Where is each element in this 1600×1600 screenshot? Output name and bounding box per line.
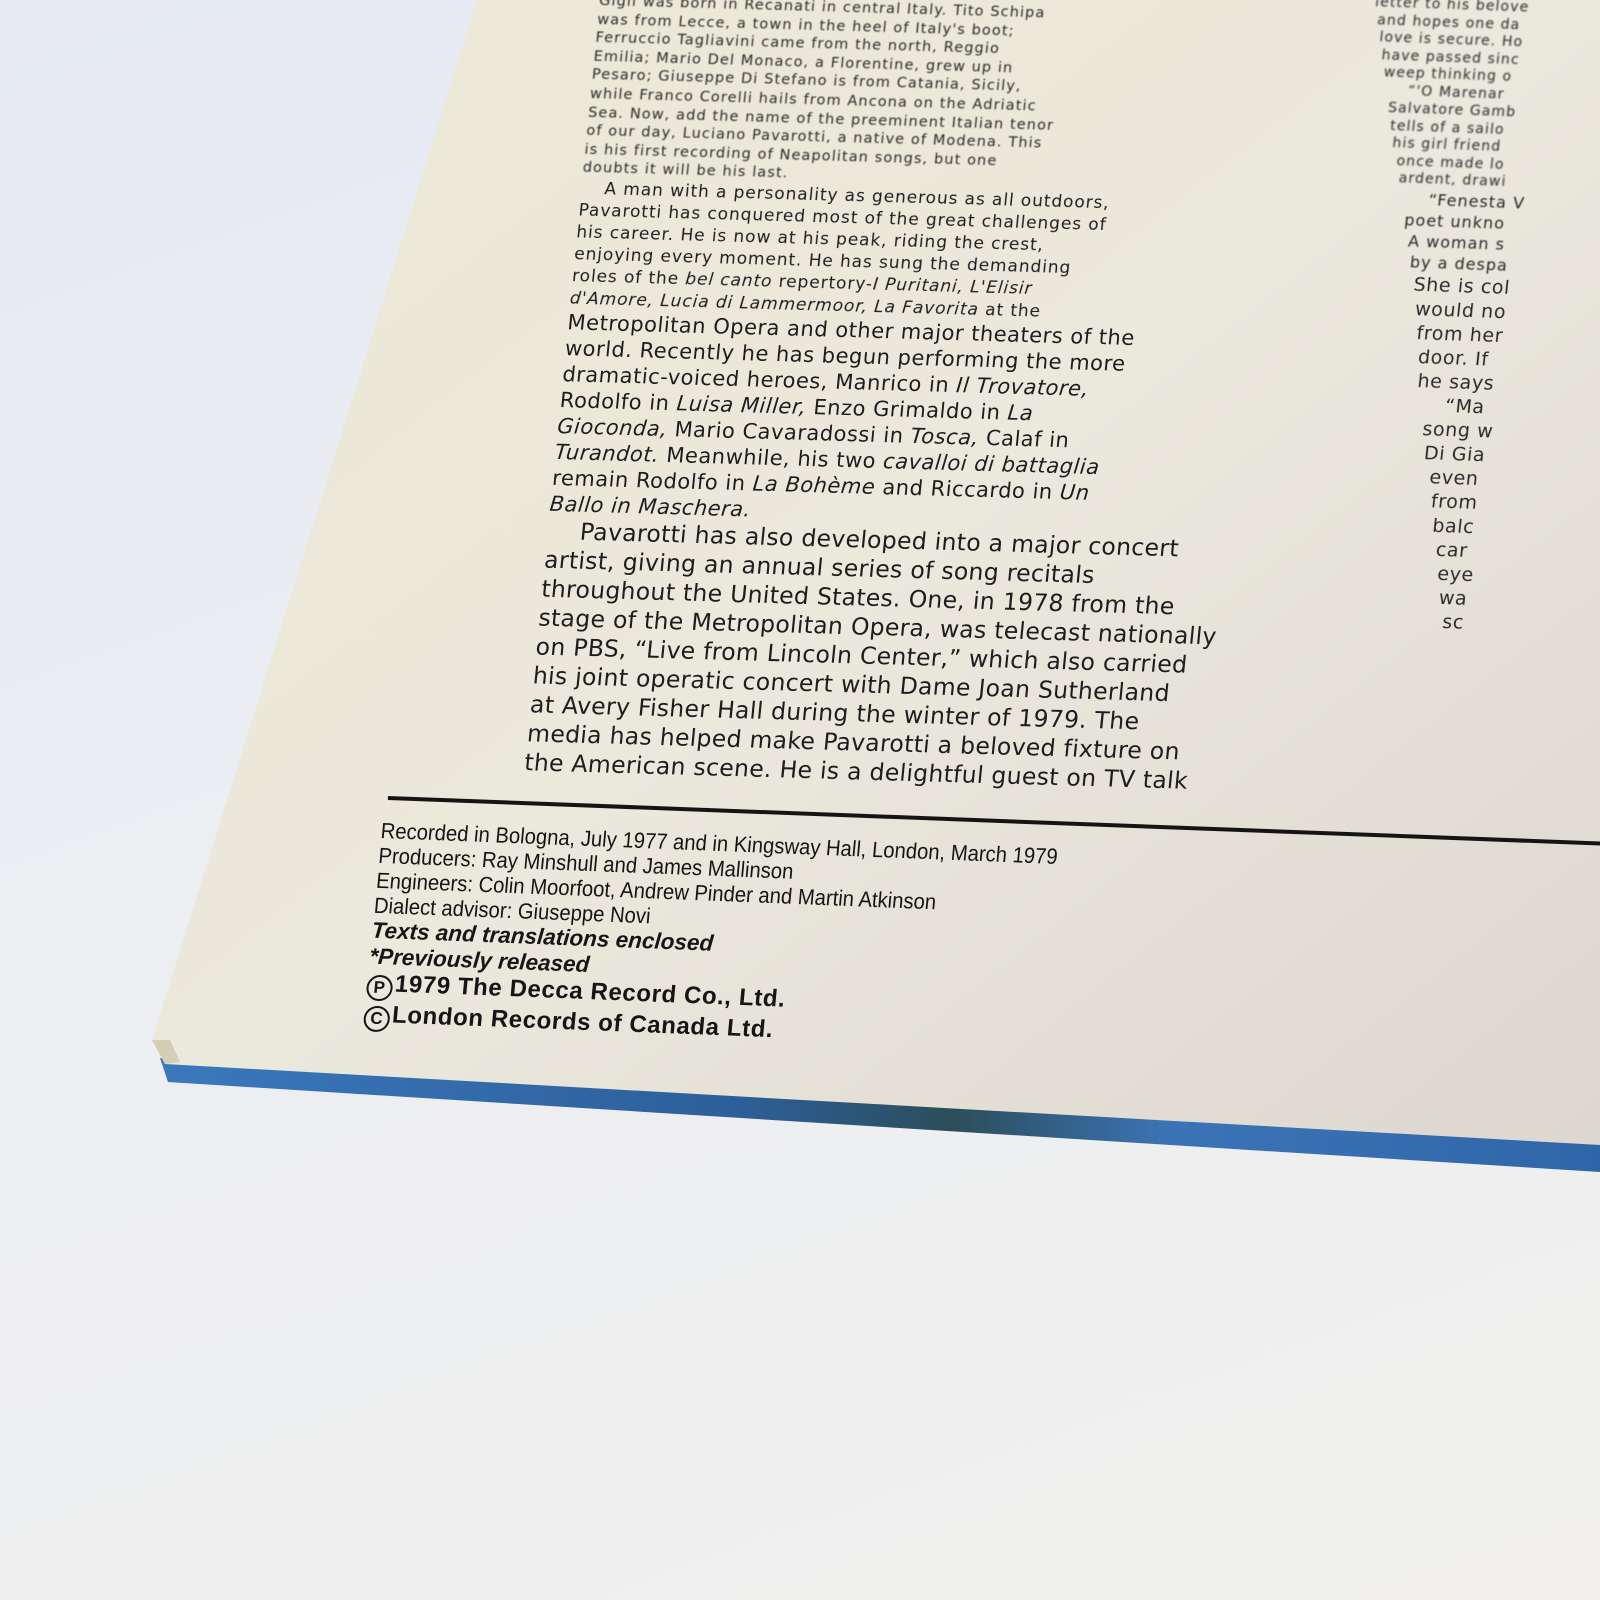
- paragraph-2-bottom: Metropolitan Opera and other major theat…: [549, 309, 1389, 539]
- right-column-bottom: She is col would no from her door. If he…: [1301, 270, 1599, 638]
- credits-block: Recorded in Bologna, July 1977 and in Ki…: [363, 818, 1118, 1060]
- paragraph-1: Gigli was born in Recanati in central It…: [582, 0, 1420, 200]
- right-column-top: letter to his belove and hopes one da lo…: [1348, 0, 1600, 195]
- paragraph-2-top: A man with a personality as generous as …: [569, 178, 1402, 333]
- right-column-middle: “Fenesta V poet unkno A woman s by a des…: [1339, 186, 1600, 279]
- paragraph-3: Pavarotti has also developed into a majo…: [523, 517, 1368, 800]
- phonogram-copyright-icon: P: [365, 975, 393, 1002]
- liner-notes-column: Gigli was born in Recanati in central It…: [523, 0, 1420, 800]
- copyright-icon: C: [363, 1005, 391, 1032]
